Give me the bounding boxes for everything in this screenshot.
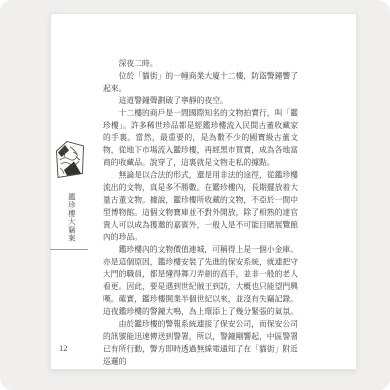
- screenshot-canvas: 鑑珍樓大竊案 深夜二時。位於「貓街」的一幢商業大廈十二樓，防盜警鐘響了起來。這道…: [0, 0, 390, 390]
- paragraph: 鑑珍樓內的文物價值連城，可稱得上是一個小金庫。亦是這個原因，鑑珍樓安裝了先進的保…: [103, 244, 298, 318]
- paragraph: 十二樓的商戶是一間國際知名的文物拍賣行，叫「鑑珍樓」。許多稀世珍品都是經鑑珍樓流…: [103, 108, 298, 170]
- paragraph: 由於鑑珍樓的警報系統連接了保安公司，而保安公司的訊號能迅速傳送到警署，所以，警鐘…: [103, 319, 298, 369]
- paragraph: 位於「貓街」的一幢商業大廈十二樓，防盜警鐘響了起來。: [103, 70, 298, 95]
- sidebar-divider-rule: [50, 249, 88, 250]
- chapter-margin-sidebar: 鑑珍樓大竊案: [51, 14, 91, 369]
- body-text-block: 深夜二時。位於「貓街」的一幢商業大廈十二樓，防盜警鐘響了起來。這道警鐘聲劃破了寧…: [103, 58, 298, 368]
- chapter-title-vertical: 鑑珍樓大竊案: [65, 193, 76, 251]
- paragraph: 深夜二時。: [103, 58, 298, 70]
- chapter-woodcut-illustration-icon: [55, 140, 85, 180]
- paragraph: 無論是以合法的形式，還是用非法的途徑，從鑑珍樓流出的文物，真是多不勝數。在鑑珍樓…: [103, 170, 298, 244]
- book-page: 鑑珍樓大竊案 深夜二時。位於「貓街」的一幢商業大廈十二樓，防盜警鐘響了起來。這道…: [50, 13, 357, 370]
- page-number: 12: [59, 344, 68, 353]
- paragraph: 這道警鐘聲劃破了寧靜的夜空。: [103, 95, 298, 107]
